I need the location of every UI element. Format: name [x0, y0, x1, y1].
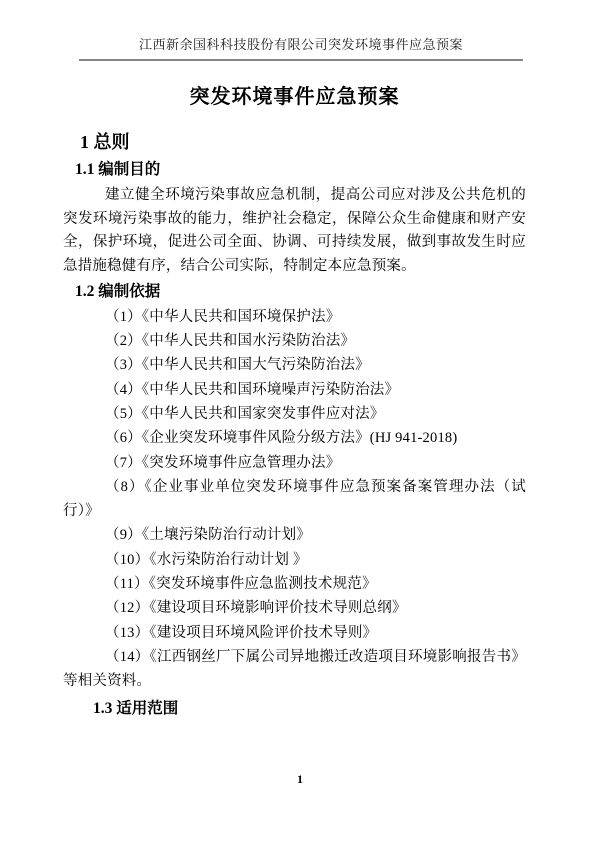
legal-reference-item: （9）《土壤污染防治行动计划》 [63, 523, 526, 547]
legal-references-list: （1）《中华人民共和国环境保护法》（2）《中华人民共和国水污染防治法》（3）《中… [63, 305, 526, 694]
section-heading-general: 1 总则 [80, 129, 526, 155]
legal-reference-item: （5）《中华人民共和国家突发事件应对法》 [63, 402, 526, 426]
legal-reference-item: （14）《江西钢丝厂下属公司异地搬迁改造项目环境影响报告书》等相关资料。 [63, 645, 526, 694]
legal-reference-item: （7）《突发环境事件应急管理办法》 [63, 451, 526, 475]
legal-reference-item: （11）《突发环境事件应急监测技术规范》 [63, 572, 526, 596]
document-title: 突发环境事件应急预案 [63, 82, 526, 112]
legal-reference-item: （6）《企业突发环境事件风险分级方法》(HJ 941-2018) [63, 426, 526, 450]
header-title: 江西新余国科科技股份有限公司突发环境事件应急预案 [79, 35, 523, 55]
header-divider [79, 59, 523, 61]
document-page: 江西新余国科科技股份有限公司突发环境事件应急预案 突发环境事件应急预案 1 总则… [0, 0, 600, 848]
legal-reference-item: （10）《水污染防治行动计划 》 [63, 548, 526, 572]
legal-reference-item: （3）《中华人民共和国大气污染防治法》 [63, 353, 526, 377]
legal-reference-item: （12）《建设项目环境影响评价技术导则总纲》 [63, 596, 526, 620]
purpose-paragraph: 建立健全环境污染事故应急机制，提高公司应对涉及公共危机的突发环境污染事故的能力，… [63, 184, 526, 279]
page-header: 江西新余国科科技股份有限公司突发环境事件应急预案 [63, 35, 526, 61]
legal-reference-item: （1）《中华人民共和国环境保护法》 [63, 305, 526, 329]
subsection-heading-scope: 1.3 适用范围 [93, 698, 526, 720]
legal-reference-item: （13）《建设项目环境风险评价技术导则》 [63, 621, 526, 645]
subsection-heading-purpose: 1.1 编制目的 [75, 159, 526, 181]
legal-reference-item: （2）《中华人民共和国水污染防治法》 [63, 329, 526, 353]
legal-reference-item: （8）《企业事业单位突发环境事件应急预案备案管理办法（试行）》 [63, 475, 526, 524]
page-number: 1 [0, 772, 600, 787]
legal-reference-item: （4）《中华人民共和国环境噪声污染防治法》 [63, 378, 526, 402]
subsection-heading-basis: 1.2 编制依据 [75, 281, 526, 303]
